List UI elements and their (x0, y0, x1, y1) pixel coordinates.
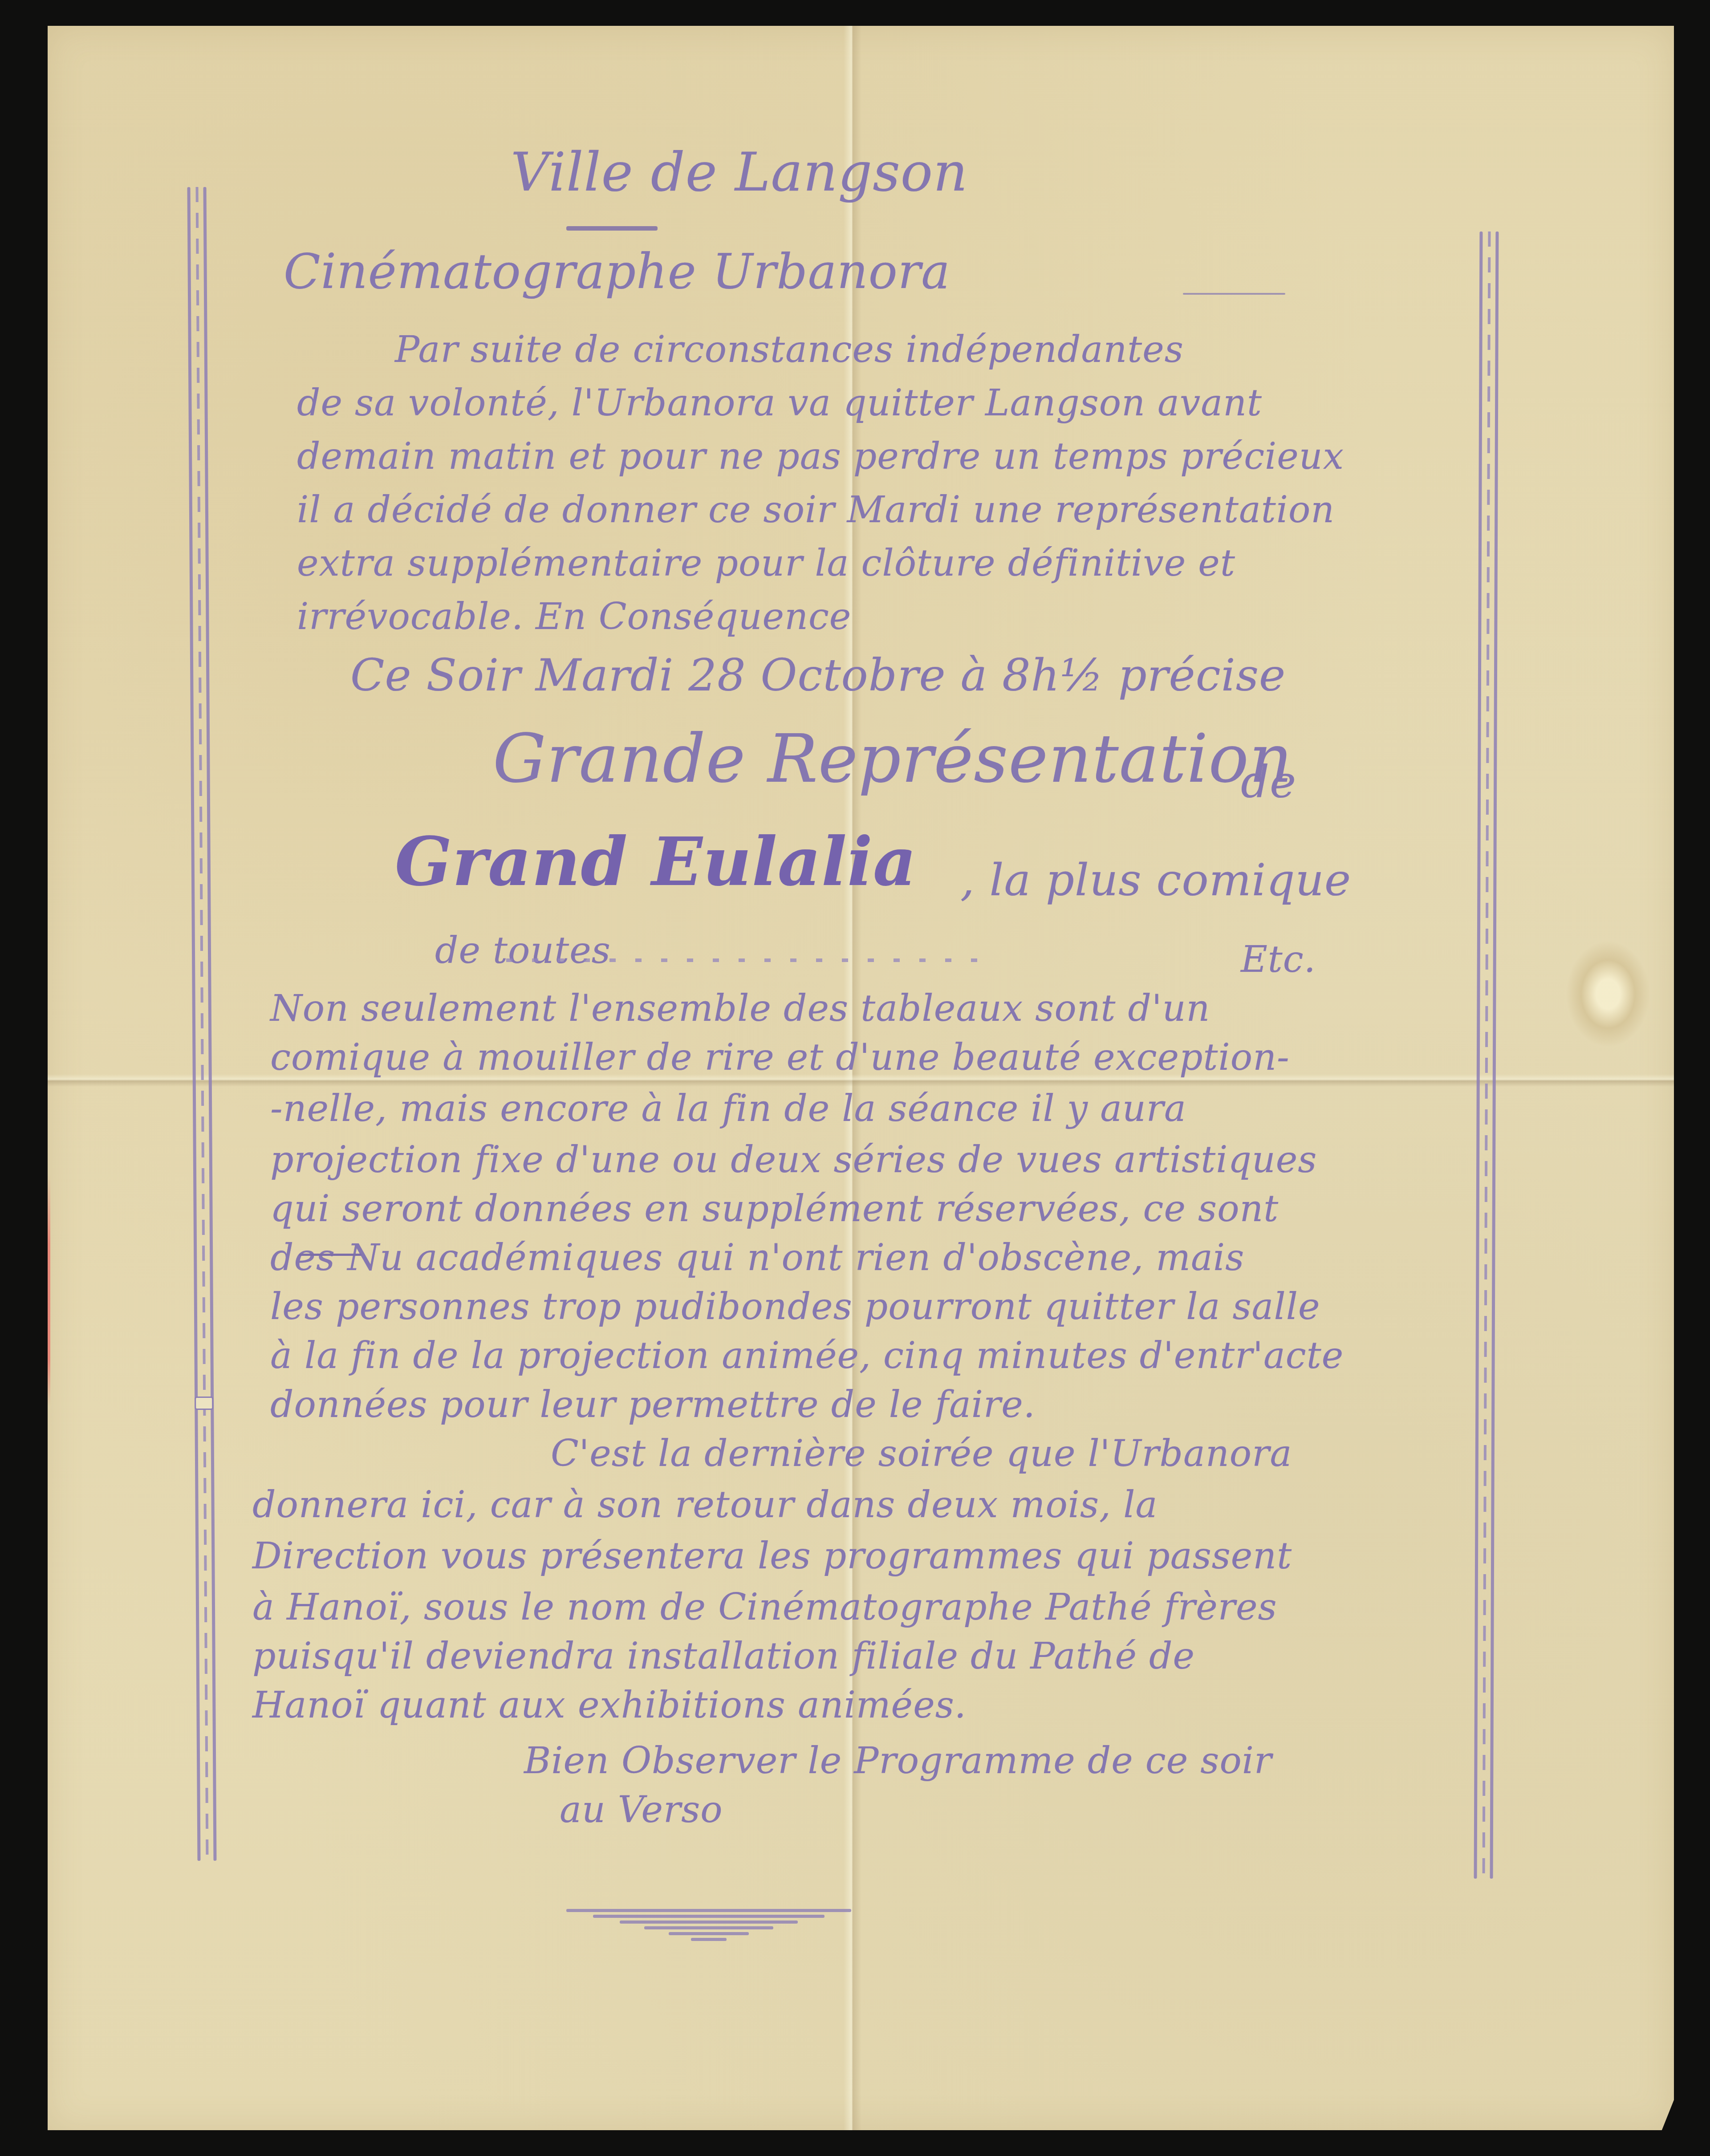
paragraph1-line: demain matin et pour ne pas perdre un te… (297, 435, 1344, 478)
clipped-corner (1661, 2098, 1675, 2131)
headline-de: de (1241, 756, 1296, 808)
paragraph2-line: comique à mouiller de rire et d'une beau… (270, 1036, 1290, 1079)
border-dash (1483, 231, 1491, 1879)
paragraph3-line: Hanoï quant aux exhibitions animées. (252, 1684, 967, 1726)
paragraph1-line: extra supplémentaire pour la clôture déf… (297, 542, 1235, 585)
paragraph2-line: -nelle, mais encore à la fin de la séanc… (270, 1088, 1186, 1130)
paragraph3-line: puisqu'il deviendra installation filiale… (252, 1635, 1195, 1677)
subtitle-flourish (1183, 293, 1285, 295)
paragraph2-line: données pour leur permettre de le faire. (270, 1384, 1036, 1426)
right-decorative-border (1474, 231, 1499, 1879)
red-edge-tint (48, 1174, 50, 1406)
closing-verso: au Verso (560, 1789, 723, 1831)
nu-underline (299, 1254, 361, 1256)
document-subtitle: Cinématographe Urbanora (284, 244, 950, 300)
water-stain (1566, 941, 1650, 1048)
headline-de-toutes: de toutes (435, 930, 611, 972)
paragraph3-line: Direction vous présentera les programmes… (252, 1535, 1292, 1577)
paragraph1-line: irrévocable. En Conséquence (297, 596, 851, 638)
dotted-leader (506, 958, 978, 962)
paragraph3-line: C'est la dernière soirée que l'Urbanora (551, 1433, 1292, 1475)
paragraph1-line: Par suite de circonstances indépendantes (395, 329, 1184, 371)
border-line (1490, 231, 1499, 1879)
headline-comique: , la plus comique (960, 854, 1351, 906)
paragraph2-line: projection fixe d'une ou deux séries de … (270, 1139, 1317, 1181)
paragraph2-line: les personnes trop pudibondes pourront q… (270, 1286, 1320, 1328)
tapered-line-ornament (566, 1909, 851, 1944)
event-date-line: Ce Soir Mardi 28 Octobre à 8h½ précise (350, 649, 1286, 701)
left-decorative-border (187, 187, 217, 1861)
border-clasp-box (195, 1397, 213, 1410)
paragraph2-line: à la fin de la projection animée, cinq m… (270, 1335, 1344, 1377)
document-paper: Ville de Langson Cinématographe Urbanora… (48, 26, 1674, 2130)
title-underline (566, 226, 658, 231)
document-title: Ville de Langson (511, 142, 968, 203)
paragraph2-line: Non seulement l'ensemble des tableaux so… (270, 987, 1210, 1030)
closing-line: Bien Observer le Programme de ce soir (524, 1740, 1272, 1782)
paragraph3-line: donnera ici, car à son retour dans deux … (252, 1484, 1158, 1526)
paragraph3-line: à Hanoï, sous le nom de Cinématographe P… (252, 1586, 1277, 1628)
headline-film-title: Grand Eulalia (395, 823, 917, 901)
border-line (1474, 231, 1483, 1879)
paragraph1-line: de sa volonté, l'Urbanora va quitter Lan… (297, 382, 1262, 424)
paragraph2-line: des Nu académiques qui n'ont rien d'obsc… (270, 1237, 1244, 1279)
paragraph2-line: qui seront données en supplément réservé… (270, 1188, 1279, 1230)
headline-grande-representation: Grande Représentation (493, 720, 1292, 798)
paragraph1-line: il a décidé de donner ce soir Mardi une … (297, 489, 1335, 531)
headline-etc: Etc. (1241, 938, 1316, 981)
